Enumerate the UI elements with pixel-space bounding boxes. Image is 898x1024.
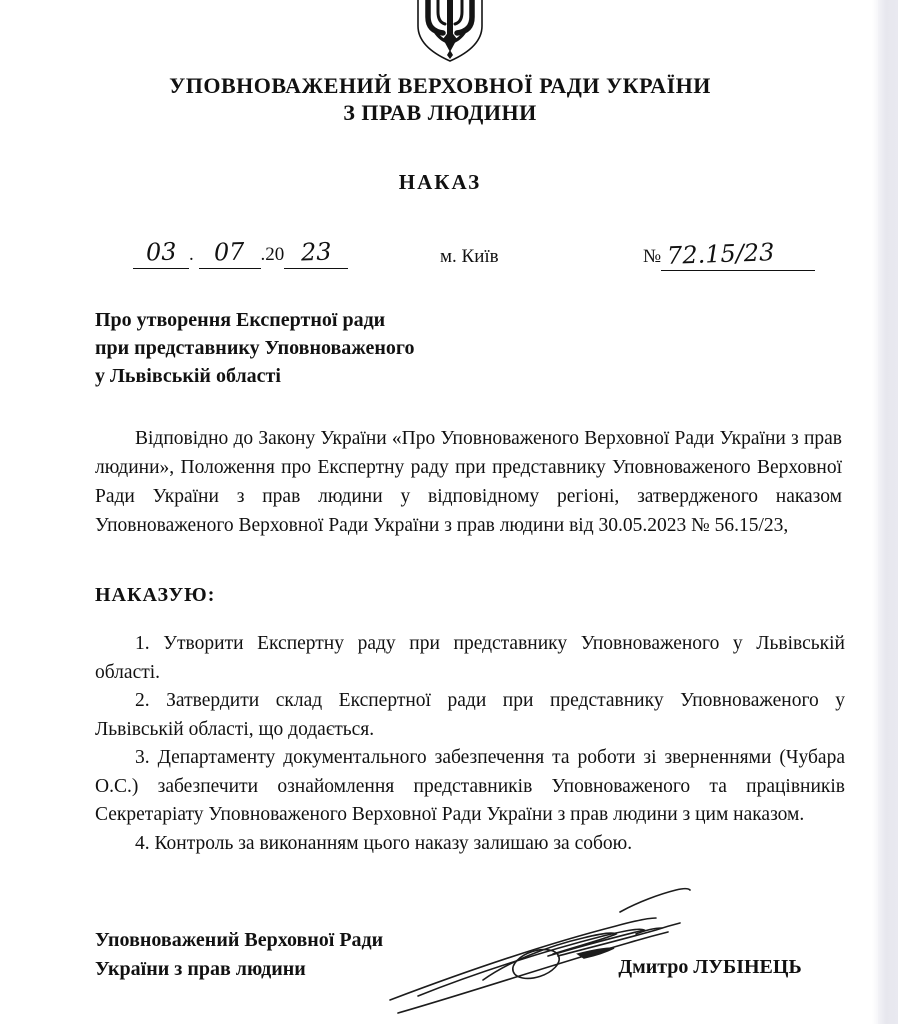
signer-name: Дмитро ЛУБІНЕЦЬ — [560, 956, 860, 979]
preamble-paragraph-block: Відповідно до Закону України «Про Уповно… — [95, 424, 842, 540]
order-subject-line2: при представнику Уповноваженого — [95, 334, 515, 362]
number-blank: 72.15/23 — [661, 240, 815, 271]
document-page: УПОВНОВАЖЕНИЙ ВЕРХОВНОЇ РАДИ УКРАЇНИ З П… — [0, 0, 898, 1024]
date-day-blank: 03 — [133, 238, 189, 269]
order-word: НАКАЗУЮ: — [95, 584, 215, 607]
order-item-3: 3. Департаменту документального забезпеч… — [95, 744, 845, 830]
org-title-line1: УПОВНОВАЖЕНИЙ ВЕРХОВНОЇ РАДИ УКРАЇНИ — [0, 72, 880, 99]
number-sign: № — [643, 246, 661, 267]
date-year-prefix: .20 — [261, 244, 285, 265]
signature-scribble — [388, 868, 718, 1018]
order-item-2: 2. Затвердити склад Експертної ради при … — [95, 687, 845, 744]
order-item-4: 4. Контроль за виконанням цього наказу з… — [95, 830, 845, 859]
ukraine-trident-shield-icon — [413, 0, 487, 64]
date-field: 03. 07.2023 — [133, 238, 348, 269]
preamble-paragraph: Відповідно до Закону України «Про Уповно… — [95, 424, 842, 540]
date-dot1: . — [189, 244, 194, 265]
place-of-issue: м. Київ — [440, 246, 499, 268]
date-day-value: 03 — [145, 237, 177, 266]
order-subject-line3: у Львівській області — [95, 362, 515, 390]
number-value: 72.15/23 — [667, 238, 775, 270]
org-title-line2: З ПРАВ ЛЮДИНИ — [0, 99, 880, 126]
order-item-1: 1. Утворити Експертну раду при представн… — [95, 630, 845, 687]
date-month-value: 07 — [214, 237, 246, 266]
date-month-blank: 07 — [199, 238, 261, 269]
page-edge-shadow — [878, 0, 898, 1024]
document-number-field: №72.15/23 — [643, 240, 815, 271]
order-subject: Про утворення Експертної ради при предст… — [95, 306, 515, 390]
doc-type-heading: НАКАЗ — [0, 170, 880, 195]
date-year-value: 23 — [300, 237, 332, 266]
org-title: УПОВНОВАЖЕНИЙ ВЕРХОВНОЇ РАДИ УКРАЇНИ З П… — [0, 72, 880, 126]
order-subject-line1: Про утворення Експертної ради — [95, 306, 515, 334]
dateline-row: 03. 07.2023 м. Київ №72.15/23 — [95, 238, 840, 278]
date-year-blank: 23 — [284, 238, 348, 269]
order-items: 1. Утворити Експертну раду при представн… — [95, 630, 845, 858]
